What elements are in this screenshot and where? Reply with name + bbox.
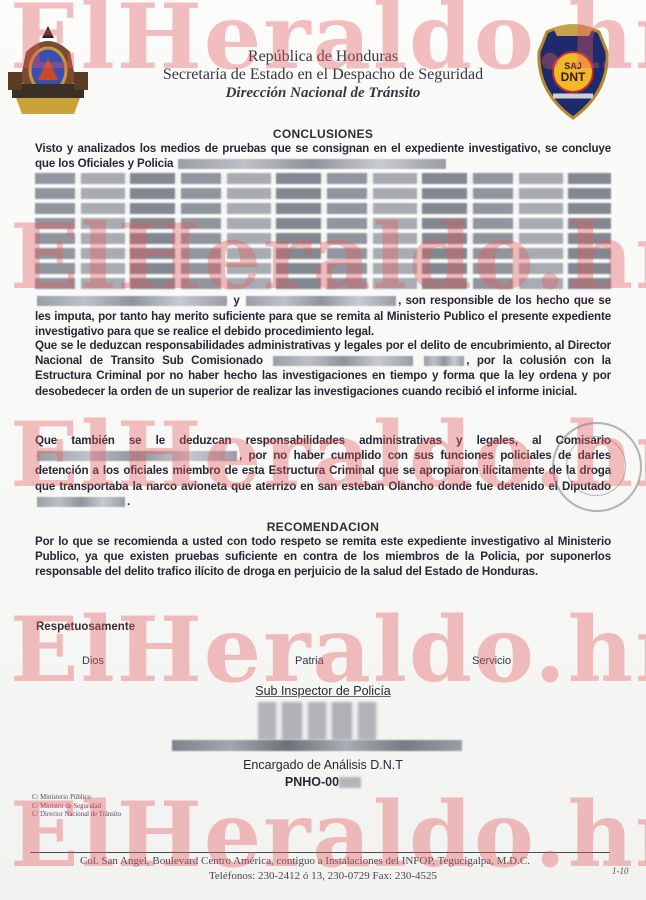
redacted-line — [35, 278, 611, 289]
cc-list: C/ Ministerio Público C/ Ministro de Seg… — [32, 794, 121, 820]
svg-text:DNT: DNT — [561, 70, 586, 84]
recomendacion-heading: RECOMENDACION — [0, 520, 646, 534]
motto-dios: Dios — [82, 655, 104, 667]
redacted-line — [35, 218, 611, 229]
redacted-id — [339, 777, 361, 788]
redacted-line — [35, 263, 611, 274]
redacted-names — [246, 296, 396, 306]
salutation: Respetuosamente — [36, 621, 135, 633]
redacted-name — [273, 356, 413, 366]
motto-patria: Patria — [295, 655, 324, 667]
p1-mid: y — [233, 294, 239, 307]
redacted-names — [178, 159, 446, 169]
signer-id: PNHO-00 — [0, 775, 646, 789]
footer-phones: Teléfonos: 230-2412 ó 13, 230-0729 Fax: … — [0, 870, 646, 882]
cc-item: C/ Director Nacional de Tránsito — [32, 811, 121, 820]
conclusiones-paragraph-2: Que se le deduzcan responsabilidades adm… — [35, 338, 611, 399]
signer-role: Encargado de Análisis D.N.T — [0, 758, 646, 772]
footer-divider — [30, 852, 610, 853]
watermark: ElHeraldo.hn — [10, 605, 646, 695]
footer-address: Col. San Angel, Boulevard Centro América… — [0, 855, 628, 867]
official-stamp — [552, 422, 642, 512]
redacted-names — [37, 296, 227, 306]
redacted-name — [37, 451, 237, 461]
redacted-signer-name — [172, 740, 462, 751]
redacted-name — [37, 497, 125, 507]
conclusiones-paragraph-1: Visto y analizados los medios de pruebas… — [35, 141, 611, 339]
redacted-signature — [258, 702, 378, 740]
signer-rank: Sub Inspector de Policía — [0, 684, 646, 698]
redacted-line — [35, 233, 611, 244]
cc-item: C/ Ministerio Público — [32, 794, 121, 803]
conclusiones-heading: CONCLUSIONES — [0, 127, 646, 141]
p3-end: . — [127, 495, 130, 508]
redacted-name — [424, 356, 464, 366]
dnt-police-badge-icon: SAJ DNT — [533, 22, 613, 122]
page-mark: 1-10 — [612, 866, 629, 876]
motto-servicio: Servicio — [472, 655, 511, 667]
redacted-line — [35, 173, 611, 184]
cc-item: C/ Ministro de Seguridad — [32, 803, 121, 812]
recomendacion-paragraph: Por lo que se recomienda a usted con tod… — [35, 534, 611, 580]
redacted-line — [35, 203, 611, 214]
document-page: República de Honduras Secretaría de Esta… — [0, 0, 646, 900]
redacted-line — [35, 188, 611, 199]
redacted-line — [35, 248, 611, 259]
conclusiones-paragraph-3: Que también se le deduzcan responsabilid… — [35, 433, 611, 509]
p3-start: Que también se le deduzcan responsabilid… — [35, 434, 611, 447]
